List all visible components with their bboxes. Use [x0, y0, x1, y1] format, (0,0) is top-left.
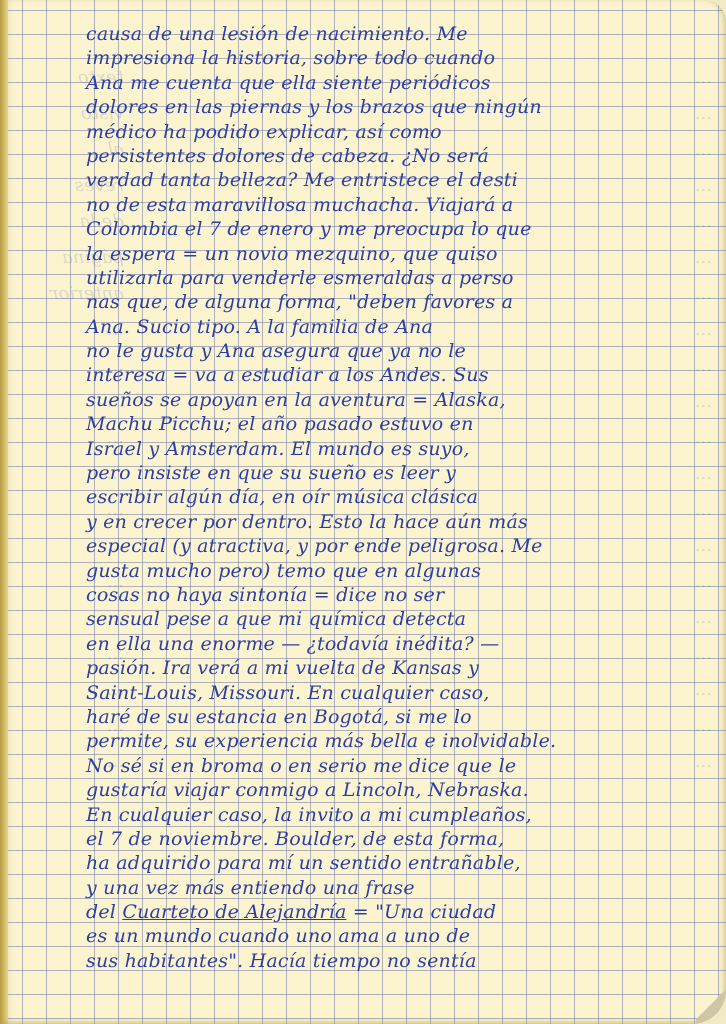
- text-line: nas que, de alguna forma, "deben favores…: [86, 290, 711, 314]
- text-line: Israel y Amsterdam. El mundo es suyo,: [86, 437, 711, 461]
- text-line: impresiona la historia, sobre todo cuand…: [86, 46, 711, 70]
- text-line: Ana. Sucio tipo. A la familia de Ana: [86, 315, 711, 339]
- text-line: pero insiste en que su sueño es leer y: [86, 461, 711, 485]
- text-line: verdad tanta belleza? Me entristece el d…: [86, 168, 711, 192]
- text-line: Ana me cuenta que ella siente periódicos: [86, 71, 711, 95]
- text-line: escribir algún día, en oír música clásic…: [86, 485, 711, 509]
- text-line: pasión. Ira verá a mi vuelta de Kansas y: [86, 656, 711, 680]
- text-line: es un mundo cuando uno ama a uno de: [86, 924, 711, 948]
- text-line: especial (y atractiva, y por ende peligr…: [86, 534, 711, 558]
- text-line: Colombia el 7 de enero y me preocupa lo …: [86, 217, 711, 241]
- notebook-page: texto visto al revés de la página anteri…: [0, 0, 726, 1024]
- text-line: Machu Picchu; el año pasado estuvo en: [86, 412, 711, 436]
- text-line: y una vez más entiendo una frase: [86, 876, 711, 900]
- text-line: sueños se apoyan en la aventura = Alaska…: [86, 388, 711, 412]
- page-binding-edge: [0, 0, 8, 1024]
- text-line: sensual pese a que mi química detecta: [86, 607, 711, 631]
- text-line: cosas no haya sintonía = dice no ser: [86, 583, 711, 607]
- underlined-book-title: Cuarteto de Alejandría: [122, 901, 346, 923]
- text-line: médico ha podido explicar, así como: [86, 120, 711, 144]
- page-corner: [696, 984, 726, 1024]
- text-line: dolores en las piernas y los brazos que …: [86, 95, 711, 119]
- text-line: sus habitantes". Hacía tiempo no sentía: [86, 949, 711, 973]
- text-line: la espera = un novio mezquino, que quiso: [86, 242, 711, 266]
- text-line: utilizarla para venderle esmeraldas a pe…: [86, 266, 711, 290]
- text-line: gustaría viajar conmigo a Lincoln, Nebra…: [86, 778, 711, 802]
- text-line: interesa = va a estudiar a los Andes. Su…: [86, 363, 711, 387]
- text-line: Saint-Louis, Missouri. En cualquier caso…: [86, 681, 711, 705]
- text-line: haré de su estancia en Bogotá, si me lo: [86, 705, 711, 729]
- text-line: causa de una lesión de nacimiento. Me: [86, 22, 711, 46]
- text-line: el 7 de noviembre. Boulder, de esta form…: [86, 827, 711, 851]
- text-line: y en crecer por dentro. Esto la hace aún…: [86, 510, 711, 534]
- text-line: permite, su experiencia más bella e inol…: [86, 729, 711, 753]
- text-line: en ella una enorme — ¿todavía inédita? —: [86, 632, 711, 656]
- text-line: gusta mucho pero) temo que en algunas: [86, 559, 711, 583]
- text-line: No sé si en broma o en serio me dice que…: [86, 754, 711, 778]
- handwritten-text: causa de una lesión de nacimiento. Me im…: [86, 22, 711, 973]
- text-line-with-underlined-title: del Cuarteto de Alejandría = "Una ciudad: [86, 900, 711, 924]
- text-line: no le gusta y Ana asegura que ya no le: [86, 339, 711, 363]
- text-line: En cualquier caso, la invito a mi cumple…: [86, 803, 711, 827]
- text-line: ha adquirido para mí un sentido entrañab…: [86, 851, 711, 875]
- text-line: persistentes dolores de cabeza. ¿No será: [86, 144, 711, 168]
- text-line: no de esta maravillosa muchacha. Viajará…: [86, 193, 711, 217]
- page-bottom-edge: [0, 1018, 726, 1024]
